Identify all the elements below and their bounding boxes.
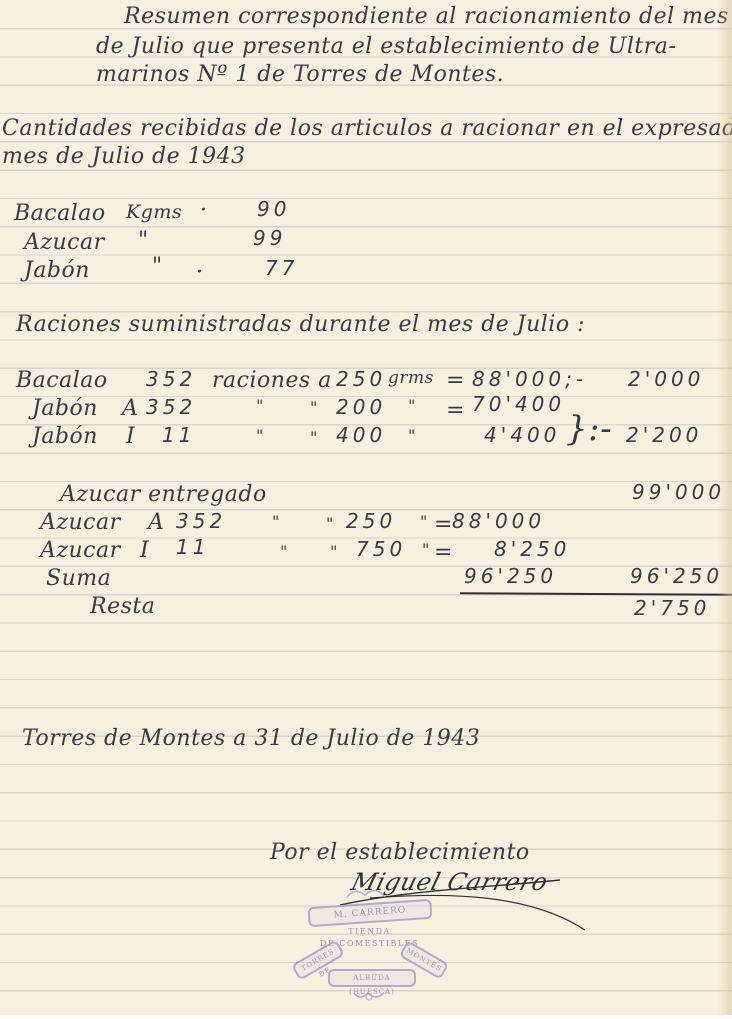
row-total: 88'000;- (472, 369, 587, 389)
title-line-2: de Julio que presenta el establecimiento… (96, 36, 676, 58)
stamp-line-2: DE COMESTIBLES (292, 939, 447, 948)
item-qty: 90 (257, 199, 290, 219)
item-unit: Kgms (126, 203, 182, 222)
rest-label: Resta (90, 596, 155, 618)
item-name: Azucar (24, 232, 105, 254)
item-qty: 99 (253, 228, 286, 248)
row-ditto: " (256, 428, 264, 444)
row-eq: = (446, 370, 465, 392)
ledger-page: Resumen correspondiente al racionamiento… (0, 0, 732, 1016)
row-eq: = (446, 400, 465, 422)
row-unit: " (408, 428, 416, 444)
row-ditto: " (280, 544, 288, 560)
row-item: Azucar (40, 512, 121, 534)
signature-label: Por el establecimiento (270, 842, 530, 864)
row-total: 4'400 (484, 425, 560, 445)
shop-stamp: M. CARRERO TIENDA DE COMESTIBLES TORRES … (292, 885, 447, 1005)
item-qty: 77 (265, 258, 298, 278)
row-ditto: " (256, 398, 264, 414)
row-grams: 200 (336, 397, 386, 417)
row-count: 352 (146, 369, 196, 389)
item-dots: · (196, 262, 204, 284)
item-name: Jabón (24, 260, 90, 282)
row-grams: 750 (356, 539, 406, 559)
row-unit: " (408, 398, 416, 414)
row-diff: 2'000 (628, 369, 704, 389)
row-unit: " (422, 542, 430, 558)
item-unit: " (138, 230, 149, 252)
item-dots: · (200, 200, 208, 222)
received-heading-line-1: Cantidades recibidas de los articulos a … (2, 118, 732, 140)
row-item: Jabón (32, 398, 98, 420)
row-ditto: " (326, 516, 334, 532)
row-category: A (148, 512, 164, 534)
row-count: 352 (176, 511, 226, 531)
row-unit: " (420, 514, 428, 530)
sum-label: Suma (46, 568, 111, 590)
sum-value-right: 96'250 (630, 566, 723, 586)
item-unit: " (152, 256, 163, 278)
row-count: 11 (162, 425, 195, 445)
row-total: 70'400 (472, 394, 565, 414)
row-ditto: " (310, 430, 318, 446)
row-category: I (140, 540, 149, 562)
row-unit: grms (388, 370, 434, 387)
received-heading-line-2: mes de Julio de 1943 (2, 146, 246, 168)
row-count: 352 (146, 397, 196, 417)
row-eq: = (434, 514, 453, 536)
row-eq: = (434, 542, 453, 564)
row-grams: 250 (346, 511, 396, 531)
row-ditto: " (330, 544, 338, 560)
row-ditto: " (310, 400, 318, 416)
row-diff: 2'200 (626, 425, 702, 445)
row-total: 88'000 (452, 511, 545, 531)
sum-value: 96'250 (464, 566, 557, 586)
row-item: Bacalao (16, 370, 108, 392)
place-date: Torres de Montes a 31 de Julio de 1943 (22, 728, 480, 750)
row-label: raciones a (212, 370, 332, 392)
row-item: Azucar (40, 540, 121, 562)
title-line-3: marinos Nº 1 de Torres de Montes. (96, 64, 504, 86)
stamp-bottom-banner: ALBUDA (HUESCA) (328, 969, 416, 987)
title-line-1: Resumen correspondiente al racionamiento… (124, 6, 729, 28)
row-category: A (122, 398, 138, 420)
supplied-heading: Raciones suministradas durante el mes de… (16, 314, 585, 336)
row-grams: 400 (336, 425, 386, 445)
row-item: Jabón (32, 426, 98, 448)
rest-value: 2'750 (634, 598, 710, 618)
row-grams: 250 (336, 369, 386, 389)
sugar-delivered-label: Azucar entregado (60, 484, 267, 506)
page-edge (0, 1015, 732, 1019)
brace-symbol: }:- (566, 412, 612, 446)
row-ditto: " (272, 514, 280, 530)
item-name: Bacalao (14, 203, 106, 225)
row-category: I (126, 426, 135, 448)
stamp-line-1: TIENDA (292, 927, 447, 936)
row-total: 8'250 (494, 539, 570, 559)
sugar-delivered-value: 99'000 (632, 482, 725, 502)
row-count: 11 (176, 537, 209, 557)
